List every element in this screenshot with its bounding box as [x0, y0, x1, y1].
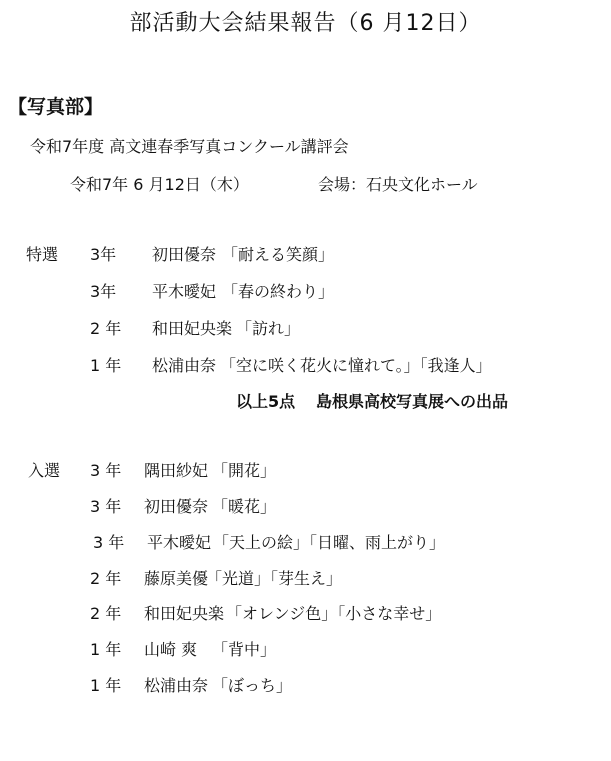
- nyusen-works: 「暖花」: [212, 494, 276, 517]
- nyusen-grade: 1 年: [90, 673, 121, 696]
- tokusen-grade: 2 年: [90, 316, 121, 339]
- nyusen-grade: 3 年: [90, 458, 121, 481]
- nyusen-name: 和田妃央楽: [144, 601, 224, 624]
- nyusen-grade: 2 年: [90, 601, 121, 624]
- event-date: 令和7年 6 月12日（木）: [70, 172, 249, 195]
- event-name: 令和7年度 高文連春季写真コンクール講評会: [30, 134, 349, 157]
- nyusen-works: 「背中」: [212, 637, 276, 660]
- nyusen-label: 入選: [28, 458, 60, 481]
- tokusen-grade: 3年: [90, 242, 116, 265]
- nyusen-works: 「天上の絵」「日曜、雨上がり」: [213, 530, 445, 553]
- tokusen-name: 初田優奈: [152, 242, 216, 265]
- tokusen-note-count: 以上5点: [236, 389, 295, 412]
- nyusen-works: 「オレンジ色」「小さな幸せ」: [226, 601, 441, 624]
- tokusen-grade: 3年: [90, 279, 116, 302]
- nyusen-name: 平木曖妃: [147, 530, 211, 553]
- section-heading: 【写真部】: [8, 92, 103, 119]
- tokusen-grade: 1 年: [90, 353, 121, 376]
- tokusen-works: 「耐える笑顔」: [222, 242, 334, 265]
- tokusen-name: 和田妃央楽: [152, 316, 232, 339]
- page-title: 部活動大会結果報告（6 月12日）: [0, 6, 611, 37]
- tokusen-name: 平木曖妃: [152, 279, 216, 302]
- nyusen-name: 山崎 爽: [144, 637, 197, 660]
- nyusen-name: 松浦由奈: [144, 673, 208, 696]
- tokusen-works: 「空に咲く花火に憧れて。」「我逢人」: [220, 353, 492, 376]
- nyusen-grade: 3 年: [93, 530, 124, 553]
- nyusen-name: 初田優奈: [144, 494, 208, 517]
- nyusen-works: 「開花」: [212, 458, 276, 481]
- nyusen-name: 藤原美優: [144, 566, 208, 589]
- tokusen-note-text: 島根県高校写真展への出品: [316, 389, 508, 412]
- event-venue: 会場：石央文化ホール: [318, 172, 478, 195]
- nyusen-name: 隅田紗妃: [144, 458, 208, 481]
- tokusen-works: 「春の終わり」: [222, 279, 334, 302]
- tokusen-name: 松浦由奈: [152, 353, 216, 376]
- tokusen-label: 特選: [26, 242, 58, 265]
- nyusen-grade: 3 年: [90, 494, 121, 517]
- tokusen-works: 「訪れ」: [236, 316, 300, 339]
- nyusen-grade: 2 年: [90, 566, 121, 589]
- nyusen-works: 「光道」「芽生え」: [206, 566, 342, 589]
- nyusen-grade: 1 年: [90, 637, 121, 660]
- nyusen-works: 「ぼっち」: [212, 673, 292, 696]
